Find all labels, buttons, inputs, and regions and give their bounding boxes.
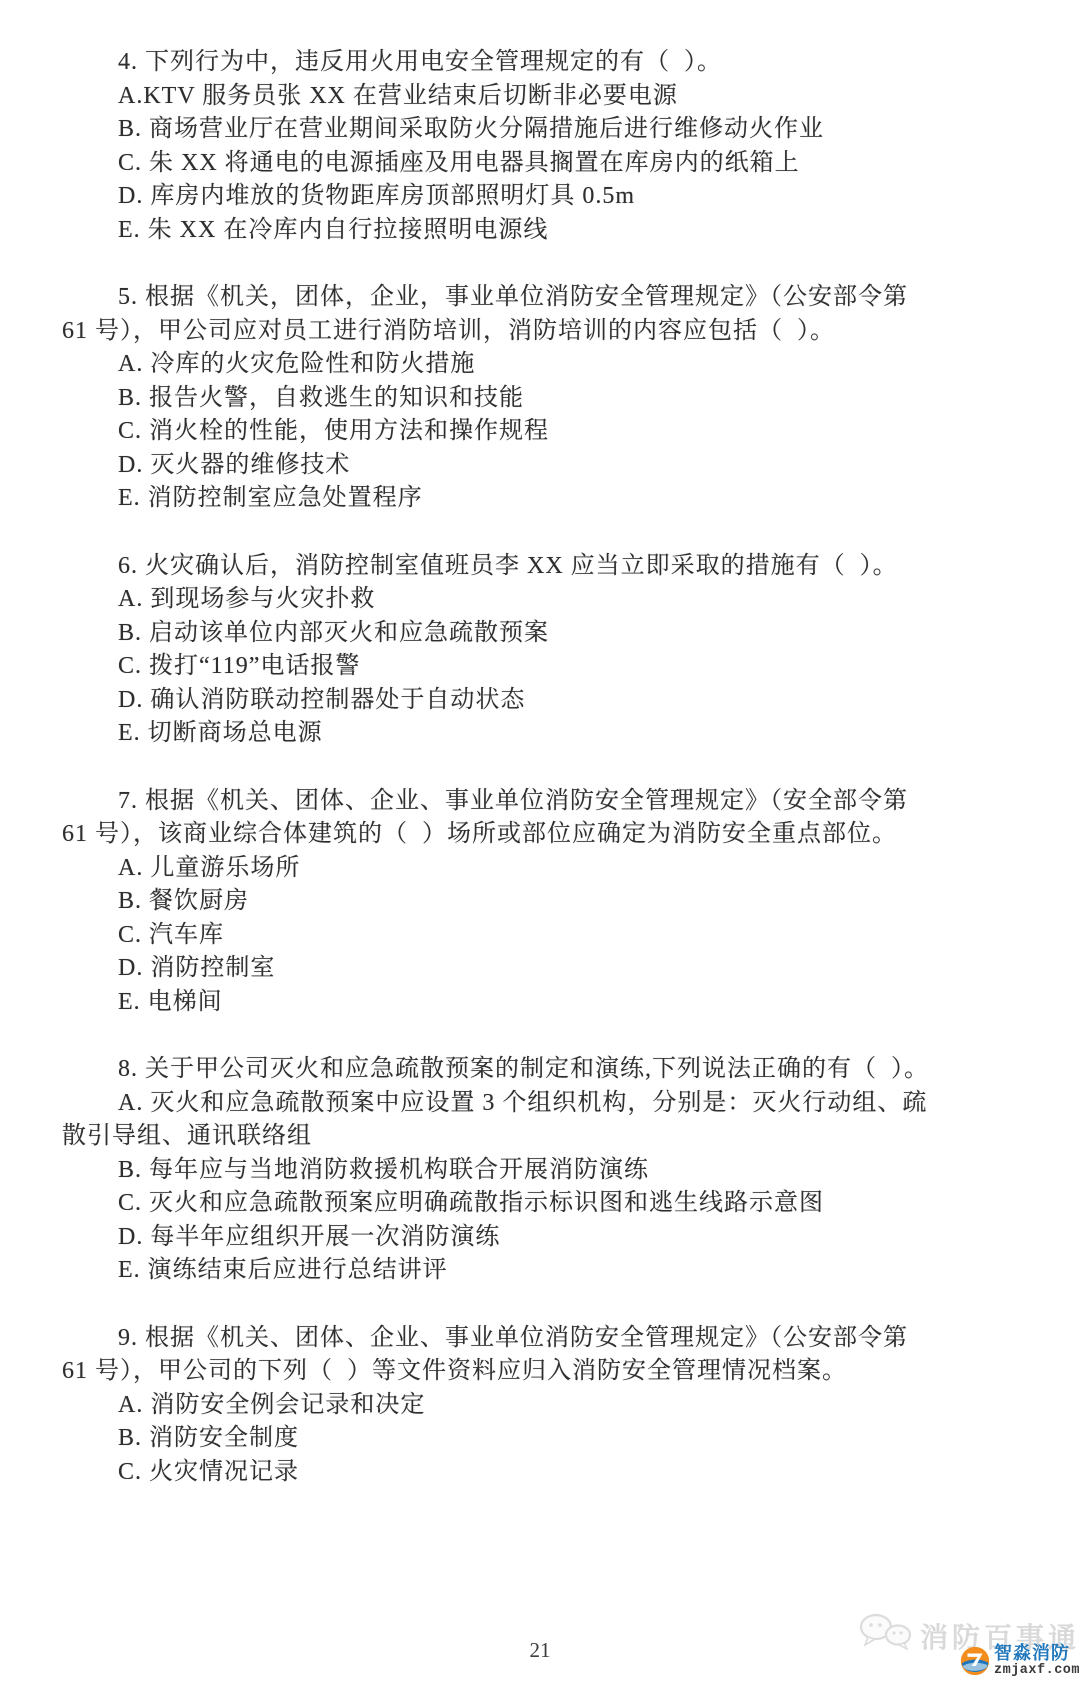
text-line: B. 商场营业厅在营业期间采取防火分隔措施后进行维修动火作业 [62, 113, 967, 147]
logo-name: 智淼消防 [994, 1644, 1080, 1662]
text-line: 6. 火灾确认后，消防控制室值班员李 XX 应当立即采取的措施有（ ）。 [62, 550, 967, 584]
text-line: 7. 根据《机关、团体、企业、事业单位消防安全管理规定》（安全部令第 [62, 785, 967, 819]
question-block: 5. 根据《机关，团体，企业，事业单位消防安全管理规定》（公安部令第61 号），… [62, 281, 967, 516]
question-block: 8. 关于甲公司灭火和应急疏散预案的制定和演练,下列说法正确的有（ ）。A. 灭… [62, 1053, 967, 1288]
text-line: 61 号），甲公司应对员工进行消防培训，消防培训的内容应包括（ ）。 [62, 315, 967, 349]
text-line: 4. 下列行为中，违反用火用电安全管理规定的有（ ）。 [62, 46, 967, 80]
text-line: 散引导组、通讯联络组 [62, 1120, 967, 1154]
chat-bubbles-icon [856, 1612, 914, 1660]
question-block: 9. 根据《机关、团体、企业、事业单位消防安全管理规定》（公安部令第61 号），… [62, 1322, 967, 1490]
text-line: C. 消火栓的性能，使用方法和操作规程 [62, 415, 967, 449]
text-line: 9. 根据《机关、团体、企业、事业单位消防安全管理规定》（公安部令第 [62, 1322, 967, 1356]
text-line: A. 儿童游乐场所 [62, 852, 967, 886]
document-page: 4. 下列行为中，违反用火用电安全管理规定的有（ ）。A.KTV 服务员张 XX… [0, 0, 1080, 1684]
questions-area: 4. 下列行为中，违反用火用电安全管理规定的有（ ）。A.KTV 服务员张 XX… [62, 46, 967, 1489]
text-line: D. 每半年应组织开展一次消防演练 [62, 1221, 967, 1255]
brand-logo: 智淼消防 zmjaxf.com [960, 1644, 1080, 1681]
text-line: B. 消防安全制度 [62, 1422, 967, 1456]
text-line: E. 消防控制室应急处置程序 [62, 482, 967, 516]
zhimiao-fire-logo-icon [960, 1646, 990, 1681]
text-line: D. 确认消防联动控制器处于自动状态 [62, 684, 967, 718]
text-line: A.KTV 服务员张 XX 在营业结束后切断非必要电源 [62, 80, 967, 114]
text-line: B. 每年应与当地消防救援机构联合开展消防演练 [62, 1154, 967, 1188]
text-line: C. 拨打“119”电话报警 [62, 650, 967, 684]
text-line: E. 朱 XX 在冷库内自行拉接照明电源线 [62, 214, 967, 248]
text-line: 8. 关于甲公司灭火和应急疏散预案的制定和演练,下列说法正确的有（ ）。 [62, 1053, 967, 1087]
text-line: C. 汽车库 [62, 919, 967, 953]
text-line: D. 库房内堆放的货物距库房顶部照明灯具 0.5m [62, 180, 967, 214]
text-line: A. 到现场参与火灾扑救 [62, 583, 967, 617]
question-block: 4. 下列行为中，违反用火用电安全管理规定的有（ ）。A.KTV 服务员张 XX… [62, 46, 967, 247]
text-line: C. 灭火和应急疏散预案应明确疏散指示标识图和逃生线路示意图 [62, 1187, 967, 1221]
text-line: E. 切断商场总电源 [62, 717, 967, 751]
text-line: A. 冷库的火灾危险性和防火措施 [62, 348, 967, 382]
text-line: B. 报告火警，自救逃生的知识和技能 [62, 382, 967, 416]
text-line: A. 灭火和应急疏散预案中应设置 3 个组织机构，分别是：灭火行动组、疏 [62, 1087, 967, 1121]
text-line: D. 消防控制室 [62, 952, 967, 986]
text-line: E. 演练结束后应进行总结讲评 [62, 1254, 967, 1288]
text-line: B. 餐饮厨房 [62, 885, 967, 919]
text-line: C. 火灾情况记录 [62, 1456, 967, 1490]
logo-domain: zmjaxf.com [994, 1664, 1080, 1678]
text-line: D. 灭火器的维修技术 [62, 449, 967, 483]
question-block: 7. 根据《机关、团体、企业、事业单位消防安全管理规定》（安全部令第61 号），… [62, 785, 967, 1020]
text-line: A. 消防安全例会记录和决定 [62, 1389, 967, 1423]
text-line: E. 电梯间 [62, 986, 967, 1020]
text-line: C. 朱 XX 将通电的电源插座及用电器具搁置在库房内的纸箱上 [62, 147, 967, 181]
text-line: 61 号），甲公司的下列（ ）等文件资料应归入消防安全管理情况档案。 [62, 1355, 967, 1389]
question-block: 6. 火灾确认后，消防控制室值班员李 XX 应当立即采取的措施有（ ）。A. 到… [62, 550, 967, 751]
text-line: 61 号），该商业综合体建筑的（ ）场所或部位应确定为消防安全重点部位。 [62, 818, 967, 852]
text-line: 5. 根据《机关，团体，企业，事业单位消防安全管理规定》（公安部令第 [62, 281, 967, 315]
text-line: B. 启动该单位内部灭火和应急疏散预案 [62, 617, 967, 651]
